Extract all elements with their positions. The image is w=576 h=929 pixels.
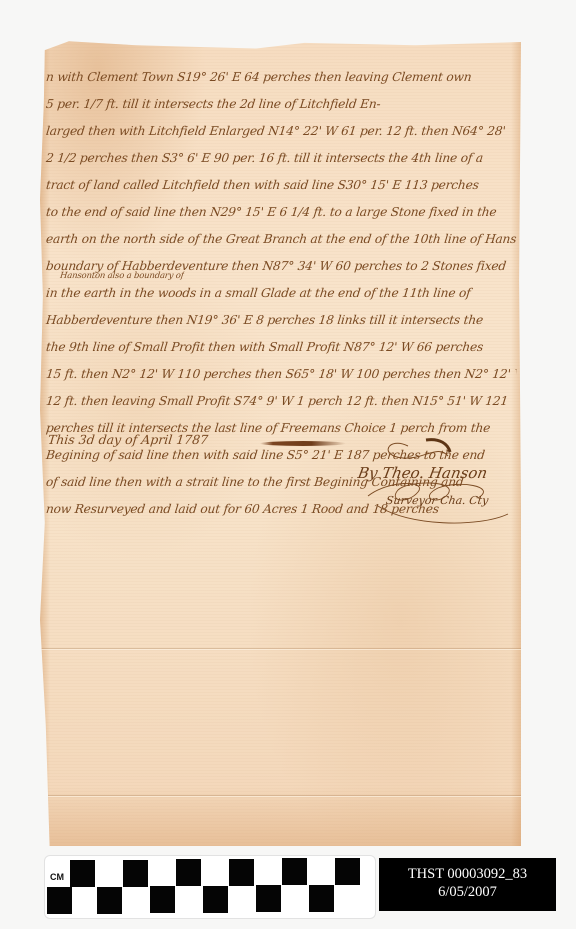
- handwritten-line-2: 5 per. 1/7 ft. till it intersects the 2d…: [45, 91, 518, 118]
- signature-flourish-icon: [348, 436, 518, 528]
- cm-scale-bar: CM: [45, 856, 375, 918]
- handwritten-line-13: 12 ft. then leaving Small Profit S74° 9'…: [45, 388, 518, 415]
- catalog-id: THST 00003092_83: [379, 865, 556, 883]
- handwritten-line-1: n with Clement Town S19° 26' E 64 perche…: [45, 64, 518, 91]
- date-line: This 3d day of April 1787: [47, 432, 209, 447]
- handwritten-line-4: 2 1/2 perches then S3° 6' E 90 per. 16 f…: [45, 145, 518, 172]
- scale-square: [309, 885, 334, 912]
- handwritten-line-3: larged then with Litchfield Enlarged N14…: [45, 118, 518, 145]
- fold-line-lower: [40, 795, 521, 796]
- handwritten-line-9: in the earth in the woods in a small Gla…: [45, 280, 518, 307]
- manuscript-page: n with Clement Town S19° 26' E 64 perche…: [40, 38, 521, 846]
- signature-title: Surveyor Cha. Cty: [385, 494, 489, 507]
- scale-square: [282, 858, 307, 885]
- signature-name: By Theo. Hanson: [356, 464, 488, 482]
- cm-label: CM: [50, 872, 64, 882]
- scale-square: [97, 887, 122, 914]
- scale-square: [256, 885, 281, 912]
- catalog-date: 6/05/2007: [379, 883, 556, 901]
- signature-block: By Theo. Hanson Surveyor Cha. Cty: [348, 436, 518, 528]
- handwritten-line-11: the 9th line of Small Profit then with S…: [45, 334, 518, 361]
- interlinear-insert: Hansonton also a boundary of: [59, 270, 184, 282]
- scale-square: [70, 860, 95, 887]
- scale-square: [229, 859, 254, 886]
- handwritten-line-6: to the end of said line then N29° 15' E …: [45, 199, 518, 226]
- catalog-label: THST 00003092_83 6/05/2007: [379, 858, 556, 911]
- fold-line-upper: [40, 648, 521, 649]
- scale-square: [150, 886, 175, 913]
- handwritten-line-7: earth on the north side of the Great Bra…: [45, 226, 518, 253]
- scale-square: [47, 887, 72, 914]
- scale-square: [335, 858, 360, 885]
- scale-square: [123, 860, 148, 887]
- scale-square: [203, 886, 228, 913]
- handwritten-line-10: Habberdeventure then N19° 36' E 8 perche…: [45, 307, 518, 334]
- handwritten-line-12: 15 ft. then N2° 12' W 110 perches then S…: [45, 361, 518, 388]
- ink-flourish-dash: [260, 441, 346, 446]
- scale-square: [176, 859, 201, 886]
- handwritten-line-5: tract of land called Litchfield then wit…: [45, 172, 518, 199]
